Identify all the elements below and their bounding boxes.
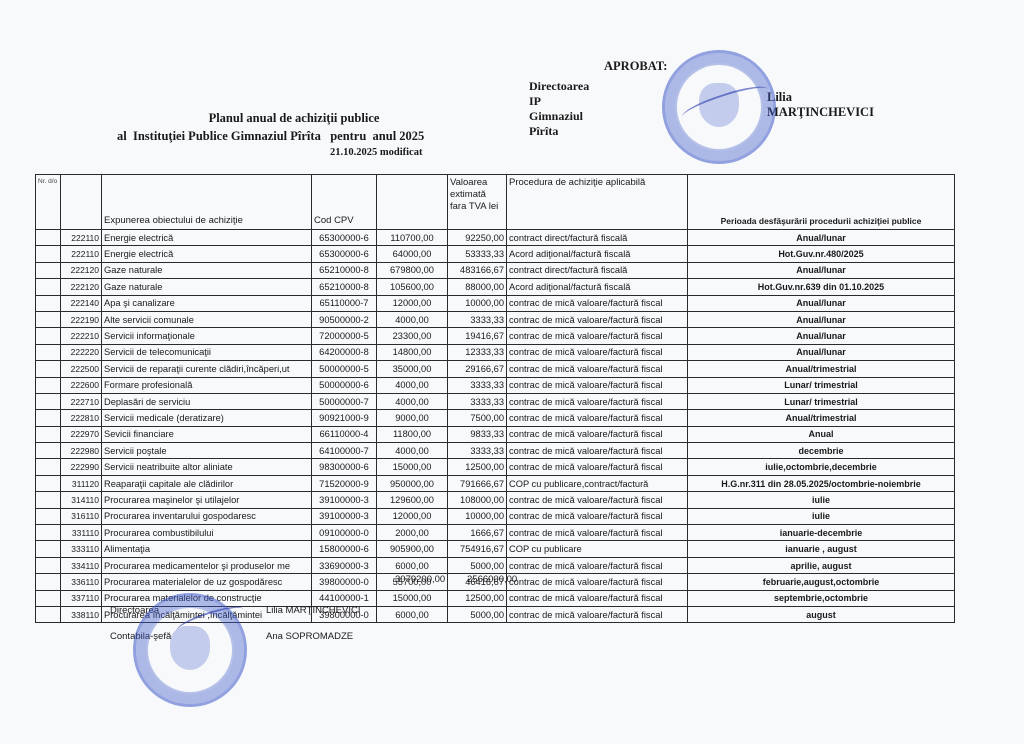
cell-period: Anual/lunar	[688, 230, 955, 246]
cell-procedure: contrac de mică valoare/factură fiscal	[507, 459, 688, 475]
header-procedure: Procedura de achiziţie aplicabilă	[507, 175, 688, 230]
cell-period: iulie,octombrie,decembrie	[688, 459, 955, 475]
cell-procedure: contrac de mică valoare/factură fiscal	[507, 525, 688, 541]
cell-value-with-tva: 905900,00	[377, 541, 448, 557]
cell-value: 29166,67	[448, 361, 507, 377]
cell-cpv: 50000000-7	[312, 393, 377, 409]
cell-value: 92250,00	[448, 230, 507, 246]
cell-value: 3333,33	[448, 393, 507, 409]
cell-value: 791666,67	[448, 475, 507, 491]
cell-procedure: contrac de mică valoare/factură fiscal	[507, 557, 688, 573]
cell-code: 334110	[61, 557, 102, 573]
cell-value-with-tva: 110700,00	[377, 230, 448, 246]
table-row: 222710Deplasări de serviciu50000000-7400…	[36, 393, 955, 409]
cell-code: 222190	[61, 311, 102, 327]
cell-code: 222210	[61, 328, 102, 344]
cell-cpv: 65300000-6	[312, 230, 377, 246]
cell-cpv: 50000000-5	[312, 361, 377, 377]
cell-cpv: 09100000-0	[312, 525, 377, 541]
cell-description: Procurarea maşinelor şi utilajelor	[102, 492, 312, 508]
cell-code: 222110	[61, 246, 102, 262]
table-header-row: Nr. d/o Expunerea obiectului de achiziţi…	[36, 175, 955, 230]
cell-value: 108000,00	[448, 492, 507, 508]
cell-nr	[36, 557, 61, 573]
cell-code: 316110	[61, 508, 102, 524]
cell-code: 311120	[61, 475, 102, 491]
cell-value: 483166,67	[448, 262, 507, 278]
cell-procedure: COP cu publicare,contract/factură	[507, 475, 688, 491]
cell-value-with-tva: 15000,00	[377, 459, 448, 475]
approval-label: APROBAT:	[604, 59, 667, 74]
cell-code: 331110	[61, 525, 102, 541]
cell-code: 337110	[61, 590, 102, 606]
cell-nr	[36, 230, 61, 246]
header-period: Perioada desfăşurării procedurii achiziţ…	[688, 175, 955, 230]
cell-description: Alimentaţia	[102, 541, 312, 557]
cell-cpv: 65210000-8	[312, 262, 377, 278]
cell-description: Reaparaţii capitale ale clădirilor	[102, 475, 312, 491]
table-row: 222210Servicii informaţionale72000000-52…	[36, 328, 955, 344]
cell-value: 1666,67	[448, 525, 507, 541]
table-row: 222120Gaze naturale65210000-8105600,0088…	[36, 279, 955, 295]
header-value-with-tva	[377, 175, 448, 230]
table-row: 222500Servicii de reparaţii curente clăd…	[36, 361, 955, 377]
cell-procedure: contract direct/factură fiscală	[507, 230, 688, 246]
coat-of-arms-icon	[699, 83, 739, 127]
cell-value-with-tva: 6000,00	[377, 606, 448, 622]
cell-code: 222110	[61, 230, 102, 246]
cell-nr	[36, 426, 61, 442]
cell-nr	[36, 459, 61, 475]
cell-procedure: contrac de mică valoare/factură fiscal	[507, 311, 688, 327]
cell-procedure: Acord adiţional/factură fiscală	[507, 246, 688, 262]
cell-nr	[36, 344, 61, 360]
cell-value-with-tva: 4000,00	[377, 393, 448, 409]
cell-value-with-tva: 12000,00	[377, 508, 448, 524]
document-date: 21.10.2025 modificat	[330, 147, 422, 158]
cell-code: 222980	[61, 443, 102, 459]
cell-cpv: 65210000-8	[312, 279, 377, 295]
table-row: 222220Servicii de telecomunicaţii6420000…	[36, 344, 955, 360]
cell-value-with-tva: 15000,00	[377, 590, 448, 606]
cell-description: Procurarea inventarului gospodaresc	[102, 508, 312, 524]
cell-procedure: contrac de mică valoare/factură fiscal	[507, 426, 688, 442]
cell-nr	[36, 410, 61, 426]
cell-description: Procurarea materialelor de uz gospodăres…	[102, 574, 312, 590]
cell-value: 12333,33	[448, 344, 507, 360]
cell-description: Procurarea combustibilului	[102, 525, 312, 541]
cell-value: 53333,33	[448, 246, 507, 262]
accountant-name: Ana SOPROMADZE	[266, 631, 353, 642]
cell-code: 336110	[61, 574, 102, 590]
cell-code: 222600	[61, 377, 102, 393]
cell-description: Alte servicii comunale	[102, 311, 312, 327]
cell-description: Deplasări de serviciu	[102, 393, 312, 409]
table-row: 331110Procurarea combustibilului09100000…	[36, 525, 955, 541]
cell-value: 9833,33	[448, 426, 507, 442]
cell-period: august	[688, 606, 955, 622]
cell-value-with-tva: 64000,00	[377, 246, 448, 262]
cell-description: Servicii de reparaţii curente clădiri,în…	[102, 361, 312, 377]
cell-code: 222810	[61, 410, 102, 426]
cell-nr	[36, 393, 61, 409]
table-row: 222810Servicii medicale (deratizare)9092…	[36, 410, 955, 426]
cell-nr	[36, 541, 61, 557]
cell-description: Servicii poştale	[102, 443, 312, 459]
cell-procedure: contrac de mică valoare/factură fiscal	[507, 606, 688, 622]
cell-cpv: 64200000-8	[312, 344, 377, 360]
cell-procedure: contrac de mică valoare/factură fiscal	[507, 328, 688, 344]
cell-period: septembrie,octombrie	[688, 590, 955, 606]
accountant-role: Contabila-şefă	[110, 631, 171, 642]
cell-nr	[36, 492, 61, 508]
coat-of-arms-icon	[170, 626, 210, 670]
cell-cpv: 39100000-3	[312, 508, 377, 524]
cell-cpv: 90500000-2	[312, 311, 377, 327]
table-row: 333110Alimentaţia15800000-6905900,007549…	[36, 541, 955, 557]
cell-period: aprilie, august	[688, 557, 955, 573]
cell-value: 88000,00	[448, 279, 507, 295]
cell-value-with-tva: 950000,00	[377, 475, 448, 491]
cell-nr	[36, 295, 61, 311]
cell-value-with-tva: 4000,00	[377, 443, 448, 459]
table-row: 222120Gaze naturale65210000-8679800,0048…	[36, 262, 955, 278]
cell-description: Apa şi canalizare	[102, 295, 312, 311]
cell-nr	[36, 246, 61, 262]
cell-value-with-tva: 129600,00	[377, 492, 448, 508]
cell-code: 222500	[61, 361, 102, 377]
table-row: 222970Sevicii financiare66110000-411800,…	[36, 426, 955, 442]
cell-code: 222120	[61, 262, 102, 278]
cell-period: Anual/lunar	[688, 262, 955, 278]
cell-cpv: 72000000-5	[312, 328, 377, 344]
director-role: Directoarea	[110, 605, 159, 616]
cell-period: iulie	[688, 492, 955, 508]
cell-procedure: COP cu publicare	[507, 541, 688, 557]
cell-nr	[36, 525, 61, 541]
cell-period: februarie,august,octombrie	[688, 574, 955, 590]
cell-period: iulie	[688, 508, 955, 524]
cell-cpv: 33690000-3	[312, 557, 377, 573]
table-row: 222600Formare profesională50000000-64000…	[36, 377, 955, 393]
cell-nr	[36, 606, 61, 622]
cell-nr	[36, 361, 61, 377]
cell-nr	[36, 508, 61, 524]
cell-value-with-tva: 23300,00	[377, 328, 448, 344]
cell-nr	[36, 328, 61, 344]
cell-period: Anual/lunar	[688, 328, 955, 344]
total-value-without-tva: 2566000,00	[467, 574, 517, 585]
cell-procedure: contrac de mică valoare/factură fiscal	[507, 443, 688, 459]
cell-procedure: contract direct/factură fiscală	[507, 262, 688, 278]
cell-description: Servicii neatribuite altor aliniate	[102, 459, 312, 475]
cell-value: 5000,00	[448, 606, 507, 622]
cell-period: Hot.Guv.nr.639 din 01.10.2025	[688, 279, 955, 295]
cell-cpv: 66110000-4	[312, 426, 377, 442]
cell-value-with-tva: 679800,00	[377, 262, 448, 278]
cell-description: Energie electrică	[102, 230, 312, 246]
header-nr: Nr. d/o	[36, 175, 61, 230]
signature-icon	[679, 81, 770, 126]
cell-value: 12500,00	[448, 590, 507, 606]
cell-code: 222140	[61, 295, 102, 311]
cell-value-with-tva: 2000,00	[377, 525, 448, 541]
header-value-without-tva: Valoarea extimată fara TVA lei	[448, 175, 507, 230]
table-row: 222980Servicii poştale64100000-74000,003…	[36, 443, 955, 459]
cell-cpv: 50000000-6	[312, 377, 377, 393]
cell-code: 333110	[61, 541, 102, 557]
table-row: 311120Reaparaţii capitale ale clădirilor…	[36, 475, 955, 491]
cell-period: H.G.nr.311 din 28.05.2025/octombrie-noie…	[688, 475, 955, 491]
cell-nr	[36, 377, 61, 393]
cell-procedure: contrac de mică valoare/factură fiscal	[507, 492, 688, 508]
cell-period: Anual/trimestrial	[688, 361, 955, 377]
cell-procedure: contrac de mică valoare/factură fiscal	[507, 393, 688, 409]
approval-role: Directoarea IP Gimnaziul Pîrîta	[529, 79, 589, 139]
cell-nr	[36, 590, 61, 606]
cell-description: Gaze naturale	[102, 262, 312, 278]
cell-procedure: contrac de mică valoare/factură fiscal	[507, 361, 688, 377]
cell-cpv: 71520000-9	[312, 475, 377, 491]
cell-procedure: contrac de mică valoare/factură fiscal	[507, 295, 688, 311]
document-page: APROBAT: Directoarea IP Gimnaziul Pîrîta…	[0, 0, 1024, 744]
cell-period: ianuarie , august	[688, 541, 955, 557]
cell-description: Sevicii financiare	[102, 426, 312, 442]
cell-value: 10000,00	[448, 508, 507, 524]
cell-value: 7500,00	[448, 410, 507, 426]
cell-period: Anual/lunar	[688, 311, 955, 327]
document-title: Planul anual de achiziţii publice	[0, 111, 588, 126]
approval-name: Lilia MARŢINCHEVICI	[767, 90, 874, 120]
cell-value: 19416,67	[448, 328, 507, 344]
cell-period: Anual/lunar	[688, 295, 955, 311]
cell-value-with-tva: 12000,00	[377, 295, 448, 311]
cell-code: 222990	[61, 459, 102, 475]
header-description: Expunerea obiectului de achiziţie	[102, 175, 312, 230]
cell-period: Anual/trimestrial	[688, 410, 955, 426]
table-row: 337110Procurarea materialelor de constru…	[36, 590, 955, 606]
cell-value: 3333,33	[448, 377, 507, 393]
cell-period: ianuarie-decembrie	[688, 525, 955, 541]
table-row: 222190Alte servicii comunale90500000-240…	[36, 311, 955, 327]
cell-code: 222970	[61, 426, 102, 442]
cell-cpv: 98300000-6	[312, 459, 377, 475]
header-code	[61, 175, 102, 230]
cell-cpv: 65300000-6	[312, 246, 377, 262]
cell-value-with-tva: 4000,00	[377, 377, 448, 393]
cell-cpv: 39800000-0	[312, 574, 377, 590]
cell-cpv: 39100000-3	[312, 492, 377, 508]
cell-description: Procurarea medicamentelor şi produselor …	[102, 557, 312, 573]
cell-procedure: contrac de mică valoare/factură fiscal	[507, 344, 688, 360]
cell-value-with-tva: 14800,00	[377, 344, 448, 360]
table-row: 334110Procurarea medicamentelor şi produ…	[36, 557, 955, 573]
total-value-with-tva: 3079200,00	[395, 574, 445, 585]
cell-description: Servicii medicale (deratizare)	[102, 410, 312, 426]
table-row: 338110Procurarea încălţămintei ,încălţăm…	[36, 606, 955, 622]
cell-code: 222710	[61, 393, 102, 409]
cell-value-with-tva: 35000,00	[377, 361, 448, 377]
cell-value-with-tva: 105600,00	[377, 279, 448, 295]
cell-value: 754916,67	[448, 541, 507, 557]
cell-code: 338110	[61, 606, 102, 622]
cell-period: Anual	[688, 426, 955, 442]
cell-cpv: 65110000-7	[312, 295, 377, 311]
cell-cpv: 64100000-7	[312, 443, 377, 459]
official-stamp-icon	[662, 50, 776, 164]
table-row: 222990Servicii neatribuite altor aliniat…	[36, 459, 955, 475]
cell-nr	[36, 279, 61, 295]
cell-description: Servicii de telecomunicaţii	[102, 344, 312, 360]
cell-period: decembrie	[688, 443, 955, 459]
cell-nr	[36, 443, 61, 459]
document-subtitle: al Instituţiei Publice Gimnaziul Pîrîta …	[117, 129, 424, 144]
table-row: 222110Energie electrică65300000-664000,0…	[36, 246, 955, 262]
table-body: 222110Energie electrică65300000-6110700,…	[36, 230, 955, 623]
cell-cpv: 15800000-6	[312, 541, 377, 557]
cell-procedure: contrac de mică valoare/factură fiscal	[507, 508, 688, 524]
cell-period: Lunar/ trimestrial	[688, 393, 955, 409]
cell-procedure: contrac de mică valoare/factură fiscal	[507, 574, 688, 590]
cell-procedure: contrac de mică valoare/factură fiscal	[507, 377, 688, 393]
cell-value: 3333,33	[448, 443, 507, 459]
cell-period: Anual/lunar	[688, 344, 955, 360]
cell-description: Gaze naturale	[102, 279, 312, 295]
cell-description: Formare profesională	[102, 377, 312, 393]
cell-code: 222220	[61, 344, 102, 360]
header-cpv: Cod CPV	[312, 175, 377, 230]
director-name: Lilia MARŢINCHEVICI	[266, 605, 361, 616]
cell-value: 12500,00	[448, 459, 507, 475]
cell-value-with-tva: 4000,00	[377, 311, 448, 327]
cell-nr	[36, 475, 61, 491]
cell-value-with-tva: 6000,00	[377, 557, 448, 573]
cell-cpv: 90921000-9	[312, 410, 377, 426]
cell-procedure: contrac de mică valoare/factură fiscal	[507, 410, 688, 426]
table-row: 316110Procurarea inventarului gospodares…	[36, 508, 955, 524]
cell-nr	[36, 262, 61, 278]
cell-period: Lunar/ trimestrial	[688, 377, 955, 393]
cell-value-with-tva: 9000,00	[377, 410, 448, 426]
cell-value: 5000,00	[448, 557, 507, 573]
cell-code: 314110	[61, 492, 102, 508]
cell-value: 3333,33	[448, 311, 507, 327]
table-row: 222110Energie electrică65300000-6110700,…	[36, 230, 955, 246]
cell-description: Servicii informaţionale	[102, 328, 312, 344]
cell-nr	[36, 311, 61, 327]
cell-code: 222120	[61, 279, 102, 295]
cell-procedure: Acord adiţional/factură fiscală	[507, 279, 688, 295]
procurement-table: Nr. d/o Expunerea obiectului de achiziţi…	[35, 174, 955, 623]
cell-value: 10000,00	[448, 295, 507, 311]
cell-period: Hot.Guv.nr.480/2025	[688, 246, 955, 262]
cell-description: Energie electrică	[102, 246, 312, 262]
cell-procedure: contrac de mică valoare/factură fiscal	[507, 590, 688, 606]
table-row: 314110Procurarea maşinelor şi utilajelor…	[36, 492, 955, 508]
table-row: 222140Apa şi canalizare65110000-712000,0…	[36, 295, 955, 311]
cell-value-with-tva: 11800,00	[377, 426, 448, 442]
cell-nr	[36, 574, 61, 590]
